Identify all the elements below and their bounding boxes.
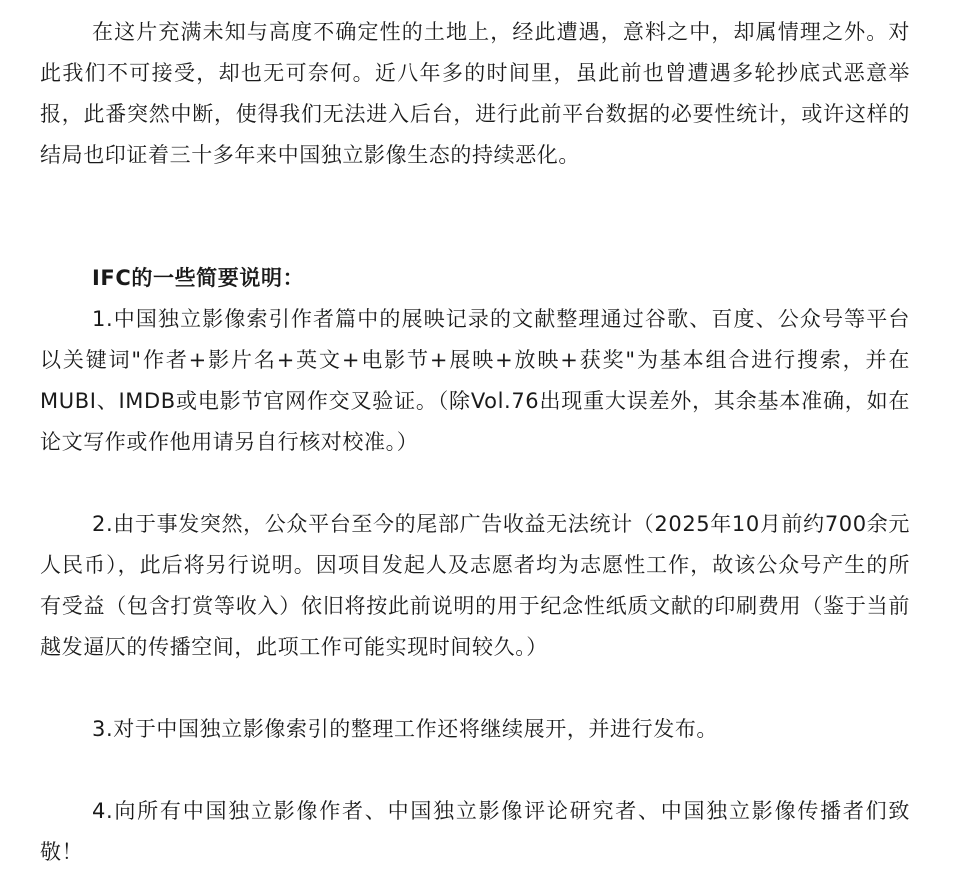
note-item-4: 4.向所有中国独立影像作者、中国独立影像评论研究者、中国独立影像传播者们致敬！ [40,791,910,873]
note-item-1: 1.中国独立影像索引作者篇中的展映记录的文献整理通过谷歌、百度、公众号等平台以关… [40,299,910,463]
spacer [40,668,910,709]
note-item-2: 2.由于事发突然，公众平台至今的尾部广告收益无法统计（2025年10月前约700… [40,504,910,668]
notes-heading: IFC的一些简要说明： [40,258,910,299]
article-body: 在这片充满未知与高度不确定性的土地上，经此遭遇，意料之中，却属情理之外。对此我们… [40,12,910,873]
intro-paragraph: 在这片充满未知与高度不确定性的土地上，经此遭遇，意料之中，却属情理之外。对此我们… [40,12,910,176]
spacer [40,176,910,258]
note-item-3: 3.对于中国独立影像索引的整理工作还将继续展开，并进行发布。 [40,709,910,750]
spacer [40,750,910,791]
spacer [40,463,910,504]
